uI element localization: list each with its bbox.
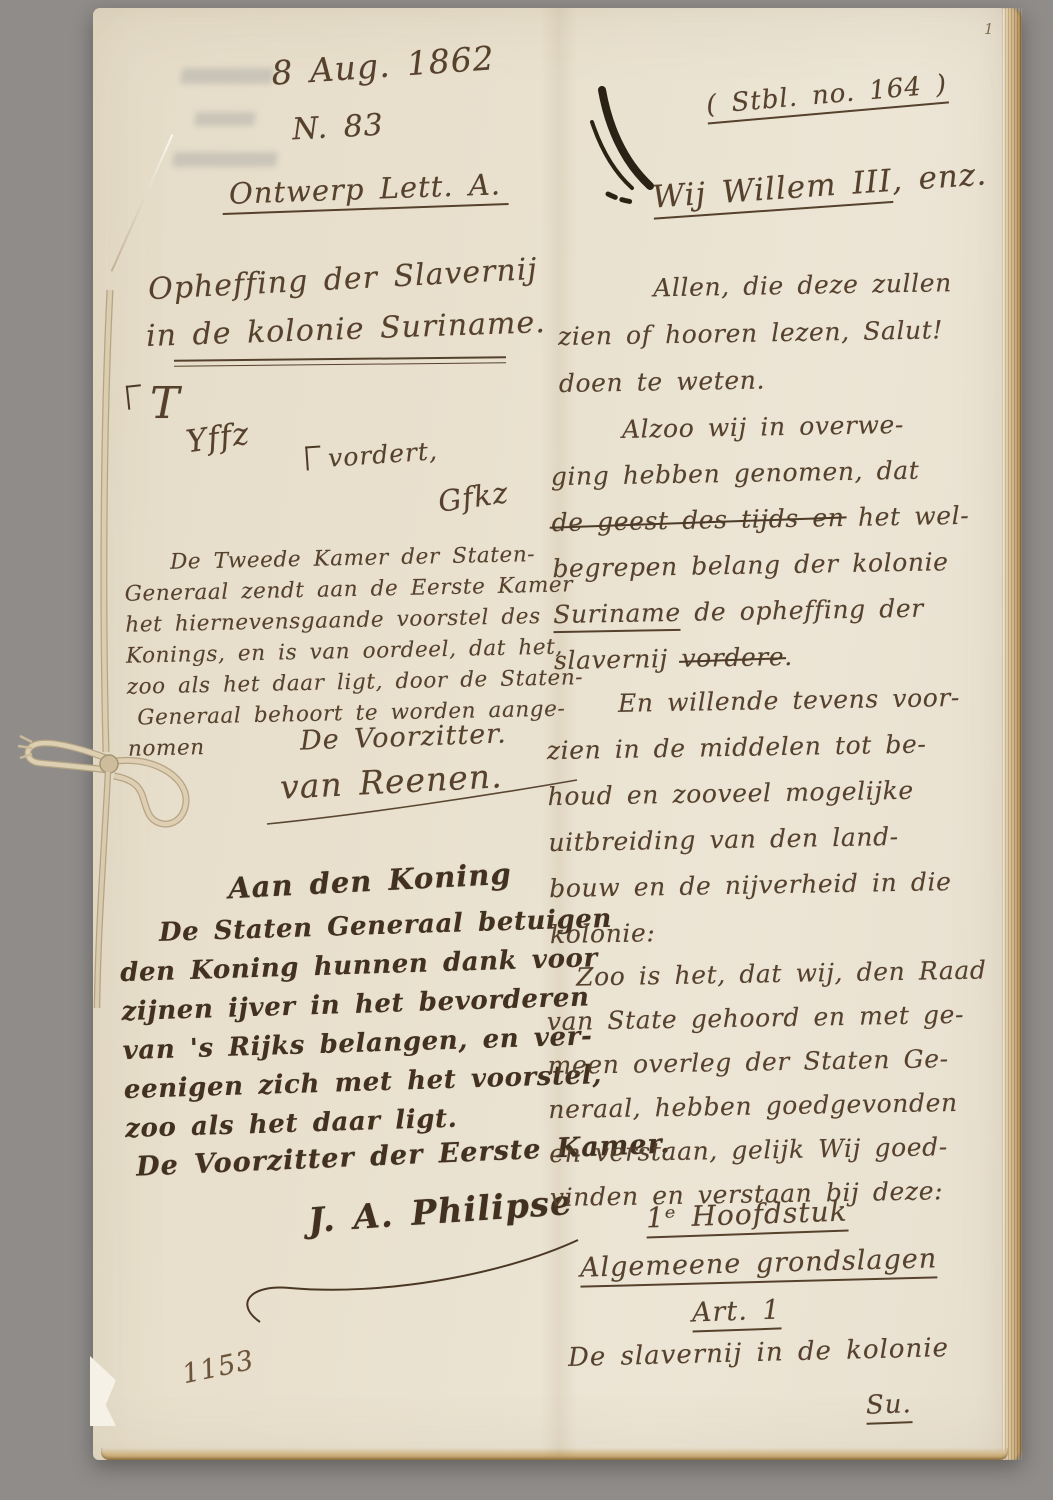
intention-line: bouw en de nijverheid in die [549,858,1020,912]
insertion-word: vordert, [327,436,439,473]
royal-intro-name: Wij Willem III [651,163,893,220]
binding-cord [10,290,230,1050]
insertion-mark-2 [305,446,322,471]
royal-intro-suffix: , enz. [891,156,988,199]
salutation-line: Allen, die deze zullen [557,258,1020,313]
enactment-paragraph: Zoo is het, dat wij, den Raad van State … [546,948,1021,1220]
consideration-text: de opheffing der [694,594,924,627]
consideration-line: begrepen belang der kolonie [552,538,1023,592]
article-heading: Art. 1 [691,1294,781,1332]
consideration-line: Alzoo wij in overwe- [550,400,1021,454]
dossier-number: N. 83 [217,104,459,152]
intention-line: houd en zooveel mogelijke [547,766,1018,820]
date-line: 8 Aug. 1862 [217,35,549,97]
staatsblad-reference: ( Stbl. no. 164 ) [705,70,949,125]
chapter-heading: 1ᵉ Hoofdstuk [645,1194,848,1238]
signature-flourish-philipse [220,1218,590,1328]
consideration-line: ging hebben genomen, dat [550,446,1021,500]
signature-flourish-van-reenen [255,778,585,828]
folio-number: 1153 [180,1345,258,1390]
paraph-2: Gfkz [436,475,511,519]
catchword: Su. [865,1389,912,1425]
chapter-subheading: Algemeene grondslagen [580,1243,938,1287]
underlined-suriname: Suriname [553,598,681,633]
consideration-text: het wel- [858,501,970,532]
intention-line: zien in de middelen tot be- [546,720,1017,774]
intention-line: uitbreiding van den land- [548,812,1019,866]
salutation-line: zien of hooren lezen, Salut! [558,305,1021,360]
consideration-line: Suriname de opheffing der [553,584,1024,638]
page-number: 1 [984,20,994,38]
enactment-line: neraal, hebben goedgevonden [548,1080,1019,1132]
intention-paragraph: En willende tevens voor- zien in de midd… [546,674,1021,958]
salutation-paragraph: Allen, die deze zullen zien of hooren le… [557,258,1021,407]
address-heading: Aan den Koning [227,857,512,906]
royal-intro: Wij Willem III, enz. [651,156,988,215]
salutation-line: doen te weten. [558,352,1021,407]
struck-text: de geest des tijds en [551,503,844,537]
intention-line: En willende tevens voor- [546,674,1017,728]
consideration-text: slavernij [554,644,668,675]
article-opening-line: De slavernij in de kolonie [568,1333,950,1373]
consideration-line: de geest des tijds en het wel- [551,492,1022,546]
docket-title: Ontwerp Lett. A. [221,167,508,215]
struck-text: vordere [681,642,784,673]
document-photo: 8 Aug. 1862 N. 83 Ontwerp Lett. A. Ophef… [0,0,1053,1500]
consideration-paragraph: Alzoo wij in overwe- ging hebben genomen… [550,400,1025,684]
